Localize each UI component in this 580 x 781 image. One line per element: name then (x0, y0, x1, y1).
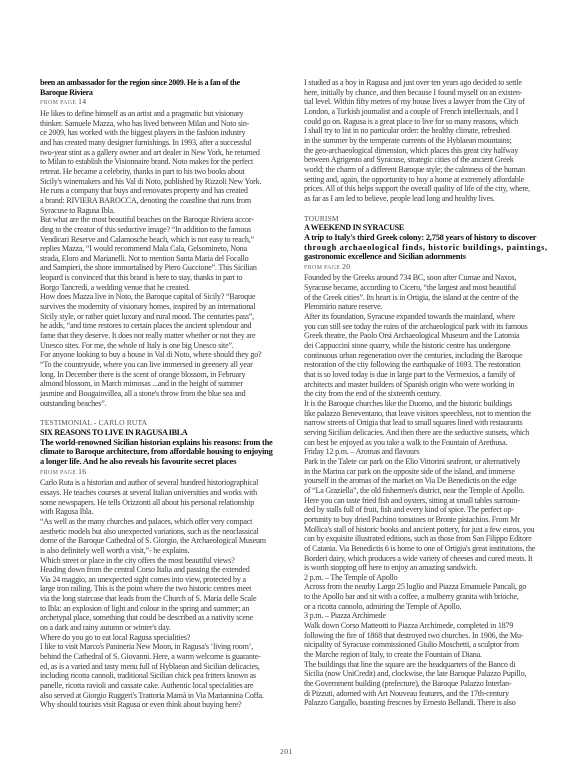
from-page-number: 20 (342, 262, 350, 271)
intro-heading: been an ambassador for the region since … (40, 78, 295, 97)
body-line: Via 24 maggio, an unexpected sight comes… (40, 575, 295, 585)
body-line: following the fire of 1868 that destroye… (304, 631, 559, 641)
body-line: strada, Eloro and Marianelli. Not to men… (40, 254, 295, 264)
body-line: also served at Giorgio Ruggeri's Trattor… (40, 691, 295, 701)
body-line: dei Cappuccini stone quarry, while the h… (304, 341, 559, 351)
body-line: Mollica's stall of historic books and an… (304, 525, 559, 535)
body-line: “As well as the many churches and palace… (40, 517, 295, 527)
body-line: architects and master builders of Spanis… (304, 380, 559, 390)
body-line: portunity to buy dried Pachino tomatoes … (304, 515, 559, 525)
body-line: How does Mazza live in Noto, the Baroque… (40, 292, 295, 302)
heading-line: been an ambassador for the region since … (40, 78, 295, 88)
from-page-ref: FROM PAGE 14 (40, 97, 295, 109)
body-line: serving Sicilian delicacies. And then th… (304, 428, 559, 438)
body-line: Founded by the Greeks around 734 BC, soo… (304, 273, 559, 283)
body-line: large iron railing. This is the point wh… (40, 584, 295, 594)
body-line: dome of the Baroque Cathedral of S. Gior… (40, 536, 295, 546)
body-line: a brand: RIVIERA BAROCCA, denoting the c… (40, 196, 295, 206)
body-line: two-year stint as a gallery owner and ar… (40, 148, 295, 158)
tourism-kicker: TOURISM (304, 214, 559, 224)
body-line: via the long staircase that leads from t… (40, 594, 295, 604)
body-line: Across from the nearby Largo 25 luglio a… (304, 582, 559, 592)
body-line: Borgo Tancredi, a wedding venue that he … (40, 283, 295, 293)
body-line: of Catania. Via Benedictis 6 is home to … (304, 544, 559, 554)
body-line: The buildings that line the square are t… (304, 660, 559, 670)
body-line: prices. All of this helps support the ov… (304, 184, 559, 194)
body-line: long. In December there is the scent of … (40, 370, 295, 380)
body-line: I shall try to list in no particular ord… (304, 126, 559, 136)
body-line: Palazzo Gargallo, boasting frescoes by E… (304, 698, 559, 708)
body-line: to Milan to establish the Visionnaire br… (40, 157, 295, 167)
body-line: Sicily's winemakers and his Val di Noto,… (40, 177, 295, 187)
body-line: the Government building (prefecture), th… (304, 679, 559, 689)
body-line: between Agrigento and Syracuse, strategi… (304, 155, 559, 165)
section-gap (40, 408, 295, 418)
intro-body: He likes to define himself as an artist … (40, 109, 295, 408)
from-page-number: 16 (78, 467, 86, 476)
from-page-number: 14 (78, 97, 86, 106)
body-line: restoration of the city following the ea… (304, 360, 559, 370)
body-line: that is so loved today is due in large p… (304, 370, 559, 380)
body-line: can best be enjoyed as you take a walk t… (304, 438, 559, 448)
body-line: Borderi dairy, which produces a wide var… (304, 554, 559, 564)
body-line: panelle, ricotta ravioli and cassate cak… (40, 681, 295, 691)
testimonial-headline: The world-renowned Sicilian historian ex… (40, 438, 295, 467)
left-column: been an ambassador for the region since … (40, 78, 295, 710)
right-column: I studied as a boy in Ragusa and just ov… (304, 78, 559, 708)
body-line: behind the Cathedral of S. Giovanni. Her… (40, 652, 295, 662)
body-line: Heading down from the central Corso Ital… (40, 565, 295, 575)
tourism-headline: A trip to Italy's third Greek colony: 2,… (304, 233, 559, 262)
body-line: almond blossom, in March mimosas ...and … (40, 379, 295, 389)
body-line: retreat. He became a celebrity, thanks i… (40, 167, 295, 177)
body-line: London, a Turkish journalist and a coupl… (304, 107, 559, 117)
body-line: and has created many designer furnishing… (40, 138, 295, 148)
body-line: with Ragusa Ibla. (40, 507, 295, 517)
body-line: Syracuse became, according to Cicero, “t… (304, 283, 559, 293)
body-line: Friday 12 p.m. – Aromas and flavours (304, 447, 559, 457)
body-line: Why should tourists visit Ragusa or even… (40, 700, 295, 710)
body-line: Unesco sites. For me, the whole of Italy… (40, 341, 295, 351)
body-line: 2 p.m. – The Temple of Apollo (304, 573, 559, 583)
body-line: the geo-archaeological dimension, which … (304, 146, 559, 156)
body-line: in the Marina car park on the opposite s… (304, 467, 559, 477)
tourism-title: A WEEKEND IN SYRACUSE (304, 223, 559, 233)
body-line: “To the countryside, where you can live … (40, 360, 295, 370)
body-line: I like to visit Marco's Panineria New Mo… (40, 642, 295, 652)
body-line: Vendicari Reserve and Calamosche beach, … (40, 235, 295, 245)
body-line: the Marche region of Italy, to create th… (304, 650, 559, 660)
body-line: aesthetic models but also unexpected var… (40, 527, 295, 537)
body-line: archetypal place, something that could b… (40, 613, 295, 623)
body-line: ce 2009, has worked with the biggest pla… (40, 128, 295, 138)
testimonial-continued-body: I studied as a boy in Ragusa and just ov… (304, 78, 559, 204)
body-line: thinker. Samuele Mazza, who has lived be… (40, 119, 295, 129)
testimonial-kicker: TESTIMONIAL - CARLO RUTA (40, 418, 295, 428)
body-line: He runs a company that buys and renovate… (40, 186, 295, 196)
body-line: can by exquisite illustrated editions, s… (304, 534, 559, 544)
heading-line: Baroque Riviera (40, 88, 295, 98)
body-line: to the Apollo bar and sit with a coffee,… (304, 592, 559, 602)
from-page-ref: FROM PAGE 20 (304, 262, 559, 274)
page-number: 201 (280, 747, 293, 756)
headline-line: The world-renowned Sicilian historian ex… (40, 438, 295, 448)
headline-line: A trip to Italy's third Greek colony: 2,… (304, 233, 559, 243)
body-line: and Sampieri, the shore immortalised by … (40, 263, 295, 273)
body-line: is worth stopping off here to enjoy an a… (304, 563, 559, 573)
from-page-ref: FROM PAGE 16 (40, 467, 295, 479)
body-line: could go on. Ragusa is a great place to … (304, 117, 559, 127)
body-line: narrow streets of Ortigia that lead to s… (304, 418, 559, 428)
body-line: here, initially by chance, and then beca… (304, 88, 559, 98)
body-line: world; the charm of a different Baroque … (304, 165, 559, 175)
body-line: Sicily style, or rather quiet luxury and… (40, 312, 295, 322)
body-line: Park in the Talete car park on the Elio … (304, 457, 559, 467)
body-line: jasmine and Bougainvillea, all a stone's… (40, 389, 295, 399)
section-gap (304, 204, 559, 214)
body-line: you can still see today the ruins of the… (304, 322, 559, 332)
headline-line: gastronomic excellence and Sicilian ador… (304, 252, 559, 262)
body-line: he adds, “and time restores to certain p… (40, 321, 295, 331)
body-line: Which street or place in the city offers… (40, 556, 295, 566)
body-line: yourself in the aromas of the market on … (304, 476, 559, 486)
body-line: Here you can taste fried fish and oyster… (304, 496, 559, 506)
body-line: survives the modernity of visionary home… (40, 302, 295, 312)
body-line: leopard is convinced that this brand is … (40, 273, 295, 283)
body-line: ded by stalls full of fruit, fish and ev… (304, 505, 559, 515)
body-line: di Pizzuti, adorned with Art Nouveau fea… (304, 689, 559, 699)
testimonial-body: Carlo Ruta is a historian and author of … (40, 478, 295, 710)
body-line: replies Mazza, “I would recommend Mala C… (40, 244, 295, 254)
body-line: 3 p.m. – Piazza Archimede (304, 611, 559, 621)
body-line: as far as I am led to believe, people le… (304, 194, 559, 204)
body-line: Syracuse to Ragusa Ibla. (40, 206, 295, 216)
body-line: essays. He teaches courses at several It… (40, 488, 295, 498)
testimonial-title: SIX REASONS TO LIVE IN RAGUSA IBLA (40, 428, 295, 438)
body-line: Sicilia (now UniCredit) and, clockwise, … (304, 669, 559, 679)
body-line: like palazzo Beneventano, that leave vis… (304, 409, 559, 419)
body-line: in the summer by the temperate currents … (304, 136, 559, 146)
body-line: Walk down Corso Matteotti to Piazza Arch… (304, 621, 559, 631)
body-line: setting and, again, the opportunity to b… (304, 175, 559, 185)
body-line: nicipality of Syracuse commissioned Giul… (304, 640, 559, 650)
body-line: of the Greek cities”. Its heart is in Or… (304, 293, 559, 303)
tourism-body: Founded by the Greeks around 734 BC, soo… (304, 273, 559, 708)
body-line: fame that they deserve. It does not real… (40, 331, 295, 341)
body-line: ding to the creator of this seductive im… (40, 225, 295, 235)
body-line: Where do you go to eat local Ragusa spec… (40, 633, 295, 643)
body-line: some newspapers. He tells Orizzonti all … (40, 498, 295, 508)
body-line: He likes to define himself as an artist … (40, 109, 295, 119)
headline-line: through archaeological finds, historic b… (304, 243, 559, 253)
body-line: Carlo Ruta is a historian and author of … (40, 478, 295, 488)
body-line: After its foundation, Syracuse expanded … (304, 312, 559, 322)
body-line: the city from the end of the sixteenth c… (304, 389, 559, 399)
body-line: on a dark and rainy autumn or winter's d… (40, 623, 295, 633)
body-line: Plemmirio nature reserve. (304, 302, 559, 312)
body-line: For anyone looking to buy a house in Val… (40, 350, 295, 360)
body-line: But what are the most beautiful beaches … (40, 215, 295, 225)
body-line: or a ricotta cannolo, admiring the Templ… (304, 602, 559, 612)
body-line: outstanding beaches”. (40, 399, 295, 409)
body-line: including ricotta cannoli, traditional S… (40, 671, 295, 681)
headline-line: a longer life. And he also reveals his f… (40, 457, 295, 467)
body-line: I studied as a boy in Ragusa and just ov… (304, 78, 559, 88)
body-line: Greek theatre, the Paolo Orsi Archaeolog… (304, 331, 559, 341)
body-line: continuous urban regeneration over the c… (304, 351, 559, 361)
body-line: ed, as is a varied and tasty menu full o… (40, 662, 295, 672)
headline-line: climate to Baroque architecture, from af… (40, 447, 295, 457)
body-line: It is the Baroque churches like the Duom… (304, 399, 559, 409)
body-line: is also definitely well worth a visit,”-… (40, 546, 295, 556)
body-line: to Ibla: an explosion of light and colou… (40, 604, 295, 614)
body-line: tial level. Within fifty metres of my ho… (304, 97, 559, 107)
body-line: of “La Graziella”, the old fishermen's d… (304, 486, 559, 496)
